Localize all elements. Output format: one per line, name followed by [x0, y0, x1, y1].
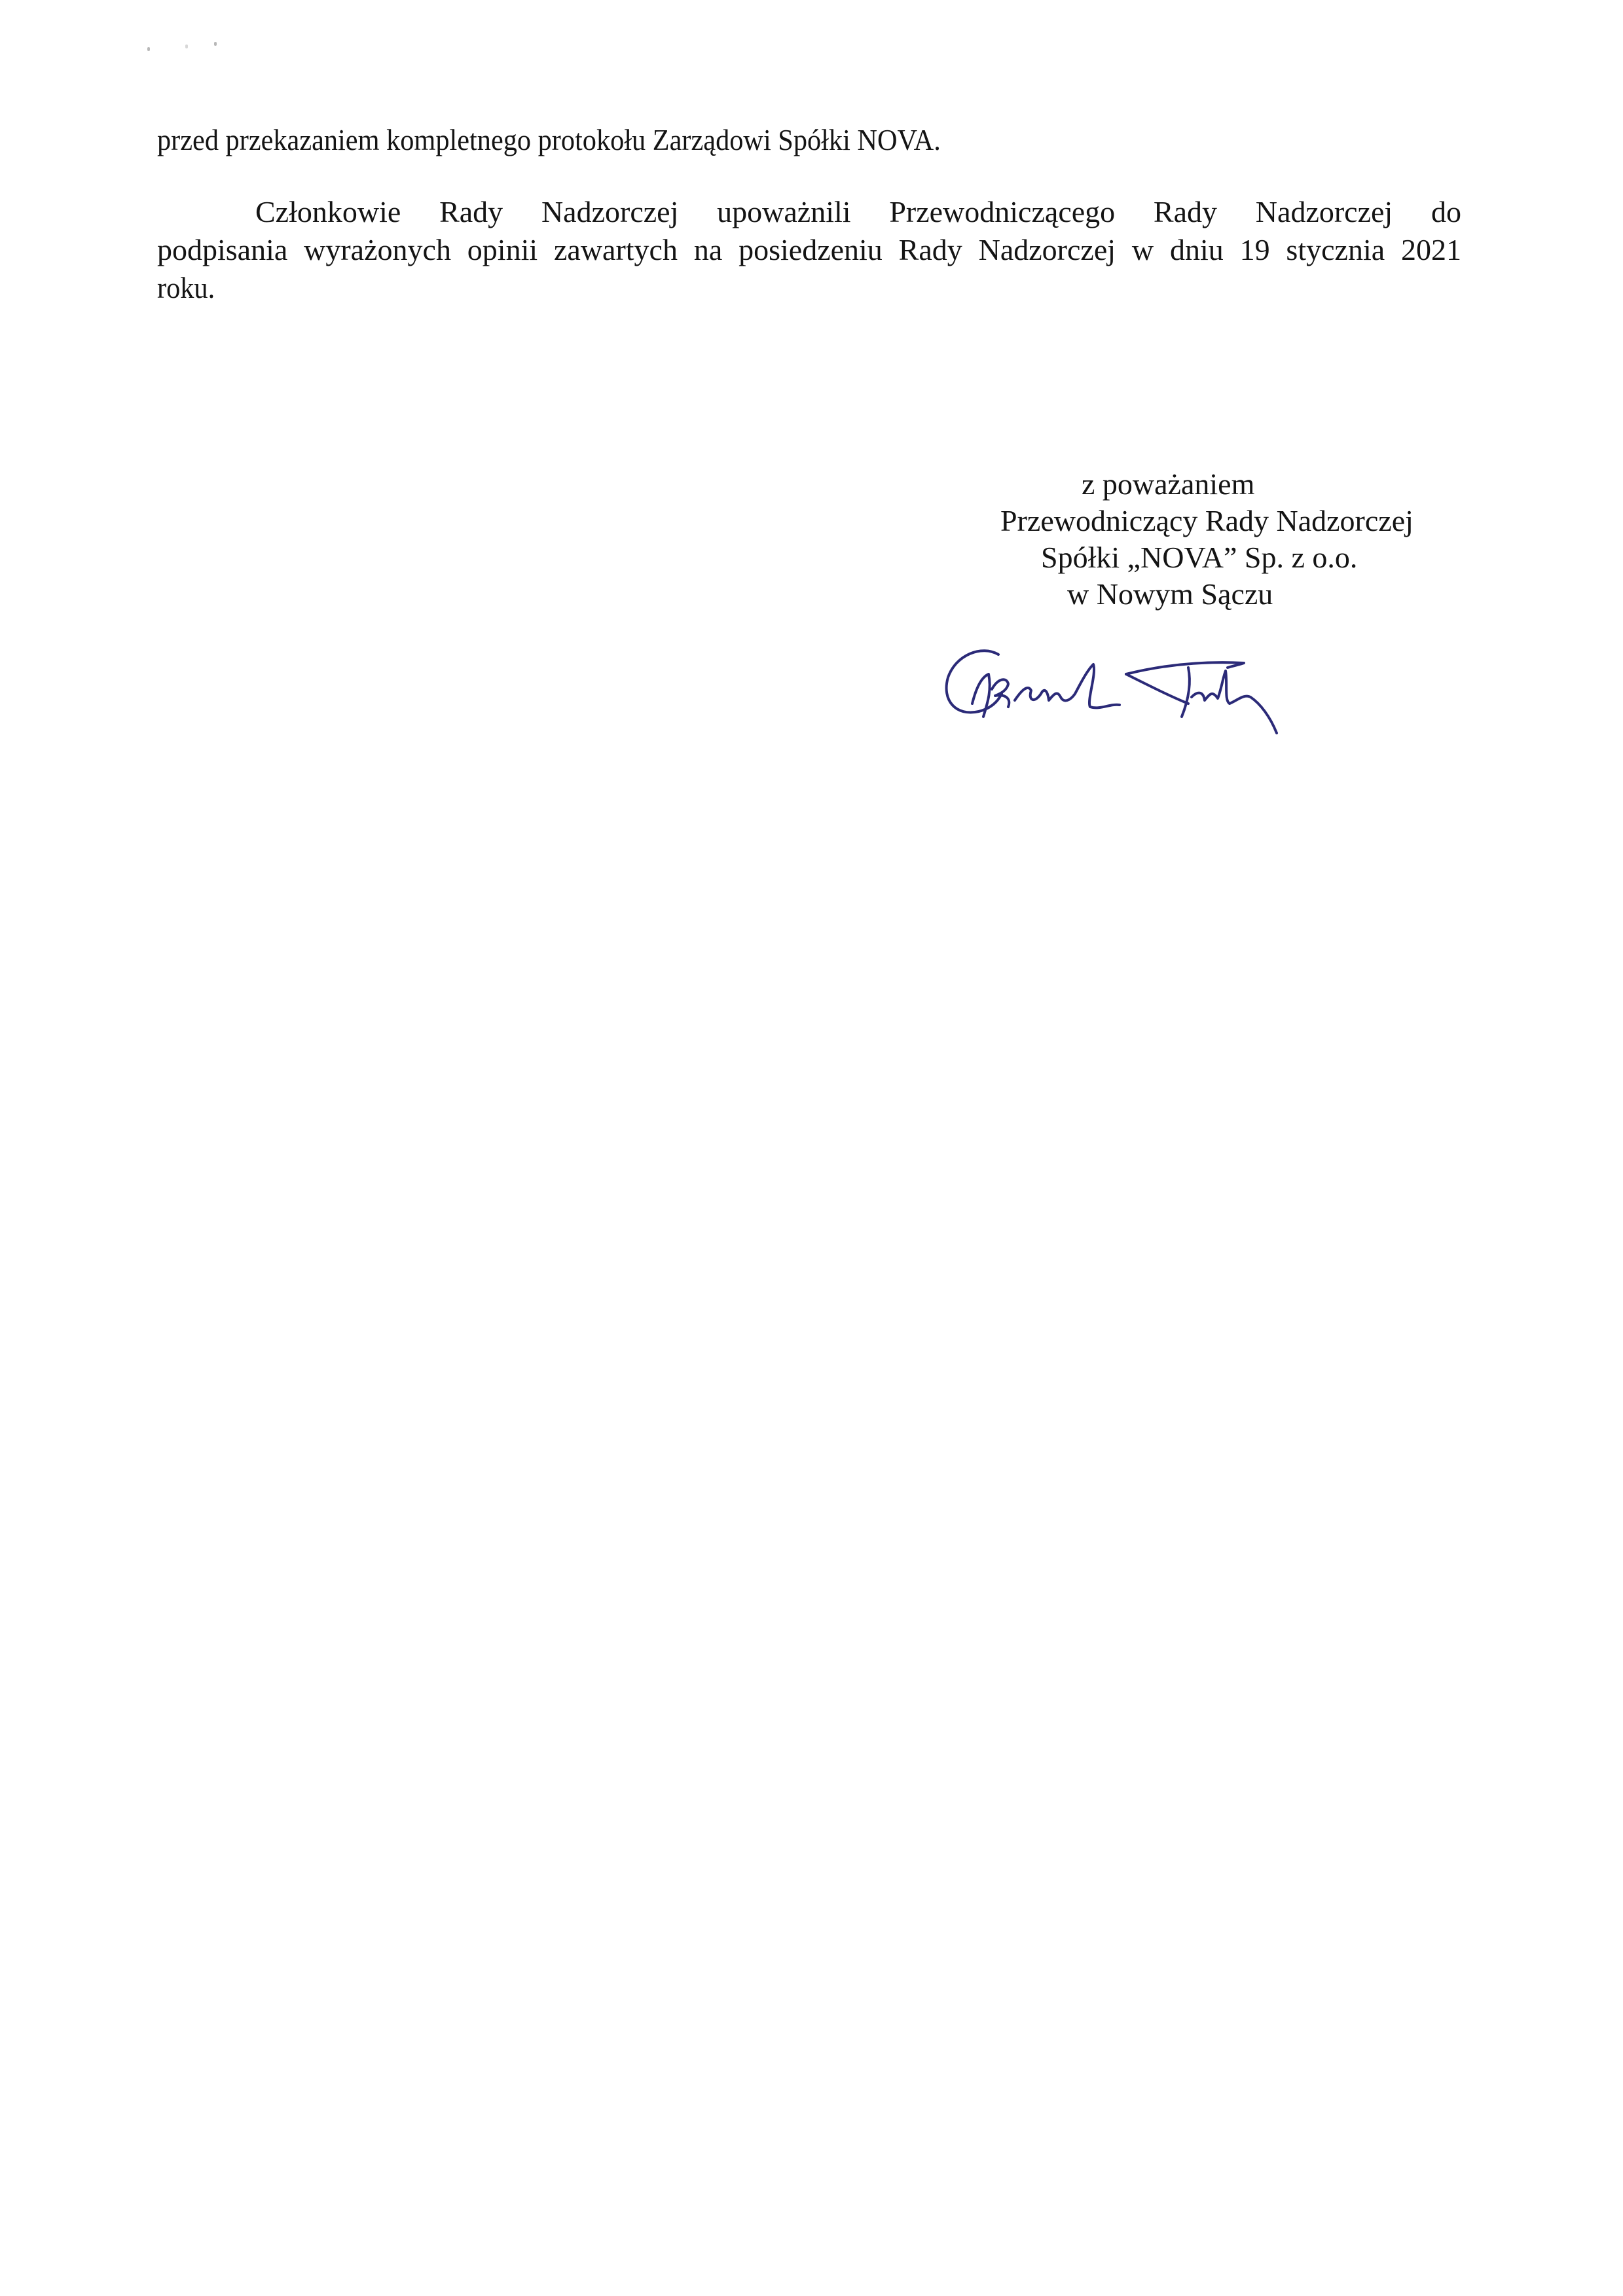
scan-artifacts: [141, 39, 232, 59]
closing-salutation: z poważaniem: [1082, 466, 1254, 503]
paragraph-line-1: Członkowie Rady Nadzorczej upoważnili Pr…: [255, 194, 1461, 230]
closing-location: w Nowym Sączu: [1067, 576, 1273, 613]
scan-speck-icon: [214, 42, 217, 46]
closing-company: Spółki „NOVA” Sp. z o.o.: [1041, 539, 1357, 576]
document-page: przed przekazaniem kompletnego protokołu…: [0, 0, 1623, 2296]
closing-title: Przewodniczący Rady Nadzorczej: [1000, 503, 1413, 539]
scan-speck-icon: [147, 47, 150, 51]
signature-icon: [930, 638, 1440, 743]
paragraph-line-2: podpisania wyrażonych opinii zawartych n…: [157, 232, 1461, 268]
scan-speck-icon: [185, 45, 188, 48]
continuation-line: przed przekazaniem kompletnego protokołu…: [157, 122, 941, 158]
paragraph-line-3: roku.: [157, 270, 215, 306]
